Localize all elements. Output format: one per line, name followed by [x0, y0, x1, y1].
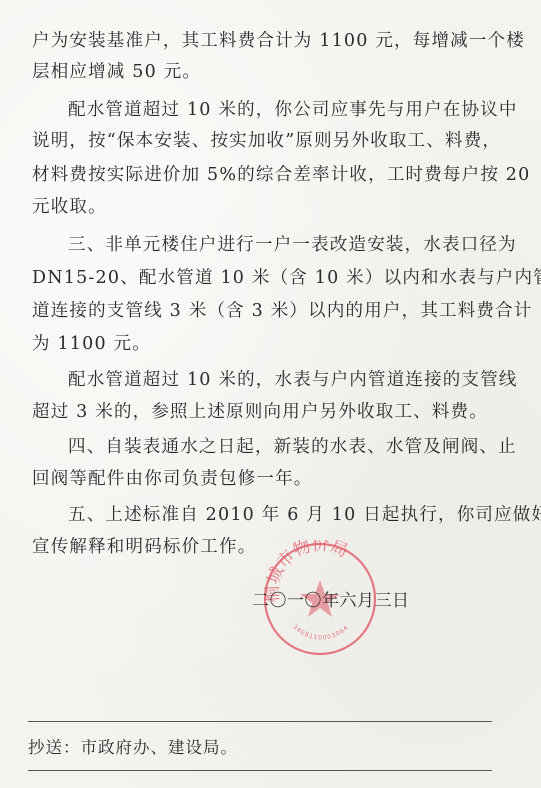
text-line: 配水管道超过 10 米的，水表与户内管道连接的支管线 — [68, 369, 508, 391]
stamp-serial: 3408110003064 — [291, 623, 350, 641]
text-line: 超过 3 米的，参照上述原则向用户另外收取工、料费。 — [32, 401, 472, 423]
signature-date: 二〇一〇年六月三日 — [252, 590, 410, 612]
document-page: 户为安装基准户，其工料费合计为 1100 元，每增减一个楼 层相应增减 50 元… — [0, 0, 541, 788]
svg-text:3408110003064: 3408110003064 — [291, 623, 350, 641]
text-line: 元收取。 — [32, 196, 472, 218]
text-line: DN15-20、配水管道 10 米（含 10 米）以内和水表与户内管 — [32, 267, 472, 289]
text-line: 宣传解释和明码标价工作。 — [32, 536, 472, 558]
divider-bottom — [28, 770, 492, 771]
text-line: 说明，按“保本安装、按实加收”原则另外收取工、料费， — [32, 130, 472, 152]
text-line: 材料费按实际进价加 5%的综合差率计收，工时费每户按 20 — [32, 164, 472, 186]
text-line: 五、上述标准自 2010 年 6 月 10 日起执行，你司应做好 — [68, 504, 508, 526]
text-line: 道连接的支管线 3 米（含 3 米）以内的用户，其工料费合计 — [32, 300, 472, 322]
text-line: 配水管道超过 10 米的，你公司应事先与用户在协议中 — [68, 99, 508, 121]
text-line: 回阀等配件由你司负责包修一年。 — [32, 468, 472, 490]
cc-line: 抄送：市政府办、建设局。 — [28, 734, 238, 758]
text-line: 四、自装表通水之日起，新装的水表、水管及闸阀、止 — [68, 436, 508, 458]
text-line: 三、非单元楼住户进行一户一表改造安装，水表口径为 — [68, 234, 508, 256]
text-line: 层相应增减 50 元。 — [32, 61, 472, 83]
text-line: 为 1100 元。 — [32, 333, 472, 355]
divider-top — [28, 721, 492, 722]
text-line: 户为安装基准户，其工料费合计为 1100 元，每增减一个楼 — [32, 30, 472, 52]
